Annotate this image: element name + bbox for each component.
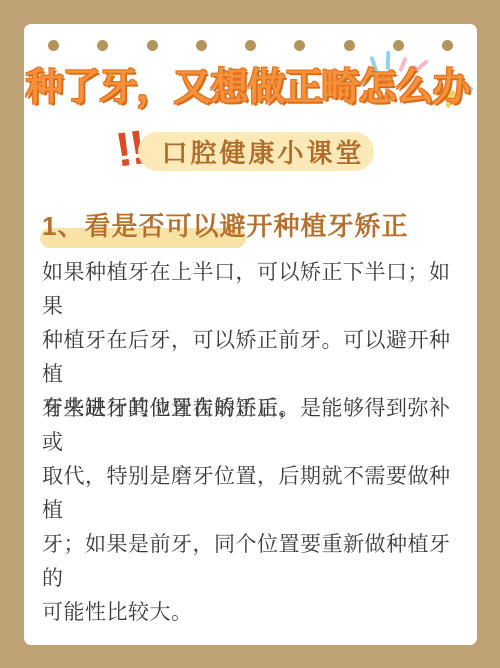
- binder-dot: [344, 40, 355, 51]
- binder-dot: [442, 40, 453, 51]
- body-paragraph-2: 有些缺牙的位置在矫正后，是能够得到弥补或 取代，特别是磨牙位置，后期就不需要做种…: [42, 392, 465, 630]
- binder-dot: [196, 40, 207, 51]
- page-frame: 种了牙，又想做正畸怎么办 !! 口腔健康小课堂 1、看是否可以避开种植牙矫正 如…: [0, 0, 500, 668]
- topic-badge: 口腔健康小课堂: [138, 132, 374, 171]
- binder-dots-row: [48, 40, 453, 51]
- topic-badge-label: 口腔健康小课堂: [147, 133, 364, 170]
- binder-dot: [97, 40, 108, 51]
- binder-dot: [393, 40, 404, 51]
- binder-dot: [294, 40, 305, 51]
- binder-dot: [147, 40, 158, 51]
- section-heading-text: 1、看是否可以避开种植牙矫正: [42, 206, 408, 243]
- binder-dot: [48, 40, 59, 51]
- section-heading: 1、看是否可以避开种植牙矫正: [42, 206, 408, 248]
- page-title: 种了牙，又想做正畸怎么办: [24, 64, 471, 112]
- binder-dot: [245, 40, 256, 51]
- infographic-card: 种了牙，又想做正畸怎么办 !! 口腔健康小课堂 1、看是否可以避开种植牙矫正 如…: [24, 24, 477, 645]
